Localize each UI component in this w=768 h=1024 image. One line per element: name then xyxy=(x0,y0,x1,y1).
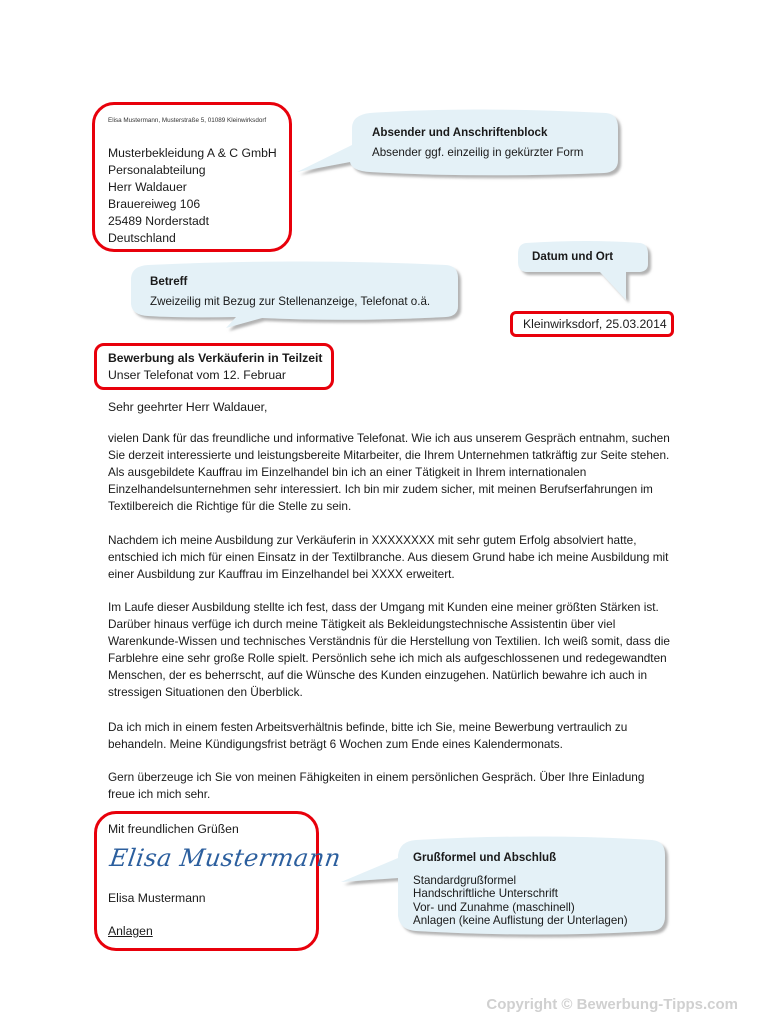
recipient-city: 25489 Norderstadt xyxy=(108,213,277,230)
attachments-label: Anlagen xyxy=(108,923,153,940)
body-line: Im Laufe dieser Ausbildung stellte ich f… xyxy=(108,599,670,616)
body-line: freue ich mich sehr. xyxy=(108,786,644,803)
body-line: Nachdem ich meine Ausbildung zur Verkäuf… xyxy=(108,532,668,549)
body-line: Menschen, der es beherrscht, auf die Wün… xyxy=(108,667,670,684)
recipient-contact: Herr Waldauer xyxy=(108,179,277,196)
callout-sender-line: Absender ggf. einzeilig in gekürzter For… xyxy=(372,145,583,160)
callout-date-text: Datum und Ort xyxy=(532,249,613,269)
body-line: Darüber hinaus verfüge ich durch meine T… xyxy=(108,616,670,633)
body-line: stressigen Situationen den Überblick. xyxy=(108,684,670,701)
callout-closing-line: Anlagen (keine Auflistung der Unterlagen… xyxy=(413,914,628,928)
sender-line: Elisa Mustermann, Musterstraße 5, 01089 … xyxy=(108,117,266,124)
closing-formula: Mit freundlichen Grüßen xyxy=(108,821,239,838)
body-line: Als ausgebildete Kauffrau im Einzelhande… xyxy=(108,464,670,481)
subject-reference: Unser Telefonat vom 12. Februar xyxy=(108,367,286,384)
callout-closing-text: Grußformel und Abschluß Standardgrußform… xyxy=(413,851,628,928)
recipient-department: Personalabteilung xyxy=(108,162,277,179)
callout-subject-line: Zweizeilig mit Bezug zur Stellenanzeige,… xyxy=(150,294,430,309)
recipient-street: Brauereiweg 106 xyxy=(108,196,277,213)
callout-closing-line: Vor- und Zunahme (maschinell) xyxy=(413,901,628,915)
callout-date-title: Datum und Ort xyxy=(532,249,613,264)
body-line: entschied ich mich für einen Einsatz in … xyxy=(108,549,668,566)
body-line: Warenkunde-Wissen und technisches Verstä… xyxy=(108,633,670,650)
callout-sender-title: Absender und Anschriftenblock xyxy=(372,125,583,140)
callout-subject-text: Betreff Zweizeilig mit Bezug zur Stellen… xyxy=(150,274,430,309)
date-place: Kleinwirksdorf, 25.03.2014 xyxy=(523,316,667,333)
body-line: Gern überzeuge ich Sie von meinen Fähigk… xyxy=(108,769,644,786)
body-paragraph-4: Da ich mich in einem festen Arbeitsverhä… xyxy=(108,719,627,753)
recipient-company: Musterbekleidung A & C GmbH xyxy=(108,145,277,162)
body-line: behandeln. Meine Kündigungsfrist beträgt… xyxy=(108,736,627,753)
body-line: vielen Dank für das freundliche und info… xyxy=(108,430,670,447)
body-line: Textilbereich die Richtige für die Stell… xyxy=(108,498,670,515)
subject-title: Bewerbung als Verkäuferin in Teilzeit xyxy=(108,350,322,367)
body-line: Farblehre eine sehr große Rolle spielt. … xyxy=(108,650,670,667)
callout-closing-line: Standardgrußformel xyxy=(413,874,628,888)
body-line: einer Ausbildung zur Kauffrau im Einzelh… xyxy=(108,566,668,583)
handwritten-signature: Elisa Mustermann xyxy=(108,844,343,872)
recipient-country: Deutschland xyxy=(108,230,277,247)
callout-closing-title: Grußformel und Abschluß xyxy=(413,851,628,865)
callout-closing-line: Handschriftliche Unterschrift xyxy=(413,887,628,901)
body-paragraph-3: Im Laufe dieser Ausbildung stellte ich f… xyxy=(108,599,670,700)
body-paragraph-2: Nachdem ich meine Ausbildung zur Verkäuf… xyxy=(108,532,668,583)
body-line: Sie derzeit interessierte und leistungsb… xyxy=(108,447,670,464)
copyright-notice: Copyright © Bewerbung-Tipps.com xyxy=(486,996,738,1013)
typed-name: Elisa Mustermann xyxy=(108,890,206,907)
body-line: Da ich mich in einem festen Arbeitsverhä… xyxy=(108,719,627,736)
callout-subject-title: Betreff xyxy=(150,274,430,289)
body-paragraph-5: Gern überzeuge ich Sie von meinen Fähigk… xyxy=(108,769,644,803)
body-paragraph-1: vielen Dank für das freundliche und info… xyxy=(108,430,670,515)
recipient-address: Musterbekleidung A & C GmbH Personalabte… xyxy=(108,145,277,247)
callout-sender-text: Absender und Anschriftenblock Absender g… xyxy=(372,125,583,160)
salutation: Sehr geehrter Herr Waldauer, xyxy=(108,399,267,416)
body-line: Einzelhandelsunternehmen sehr interessie… xyxy=(108,481,670,498)
